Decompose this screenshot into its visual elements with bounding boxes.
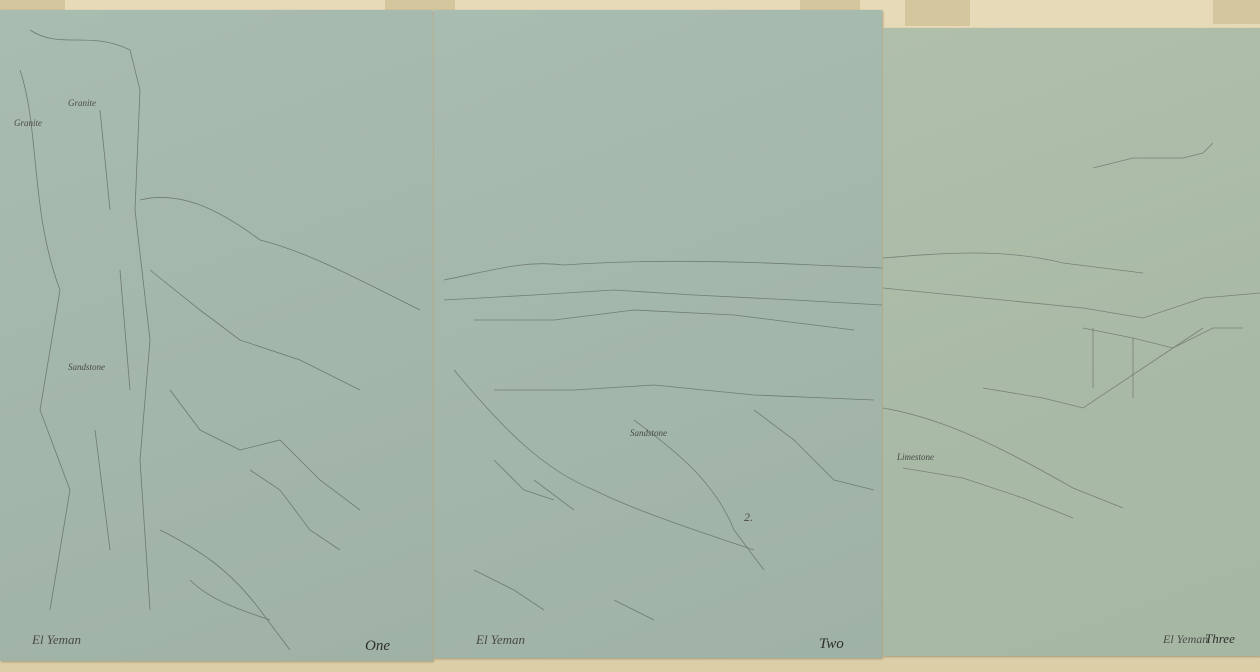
inscription: Sandstone [630, 428, 667, 438]
panel-number: Two [819, 636, 844, 653]
panel-number: One [365, 638, 390, 655]
signature: El Yeman [32, 632, 81, 648]
panel-two: Sandstone 2. El Yeman Two [434, 10, 882, 658]
tape-strip [905, 0, 970, 26]
panel-three: Limestone El Yeman Three [883, 28, 1260, 656]
panel-number: Three [1205, 631, 1235, 647]
inscription: Granite [68, 98, 96, 108]
inscription: Sandstone [68, 362, 105, 372]
signature: El Yeman [476, 632, 525, 648]
inscription: Granite [14, 118, 42, 128]
tape-strip [800, 0, 860, 10]
inscription: 2. [744, 510, 753, 525]
tape-strip [1213, 0, 1260, 24]
tape-strip [385, 0, 455, 10]
inscription: Limestone [897, 452, 934, 462]
signature: El Yeman [1163, 632, 1208, 647]
panel-one: Granite Granite Sandstone El Yeman One [0, 10, 433, 661]
